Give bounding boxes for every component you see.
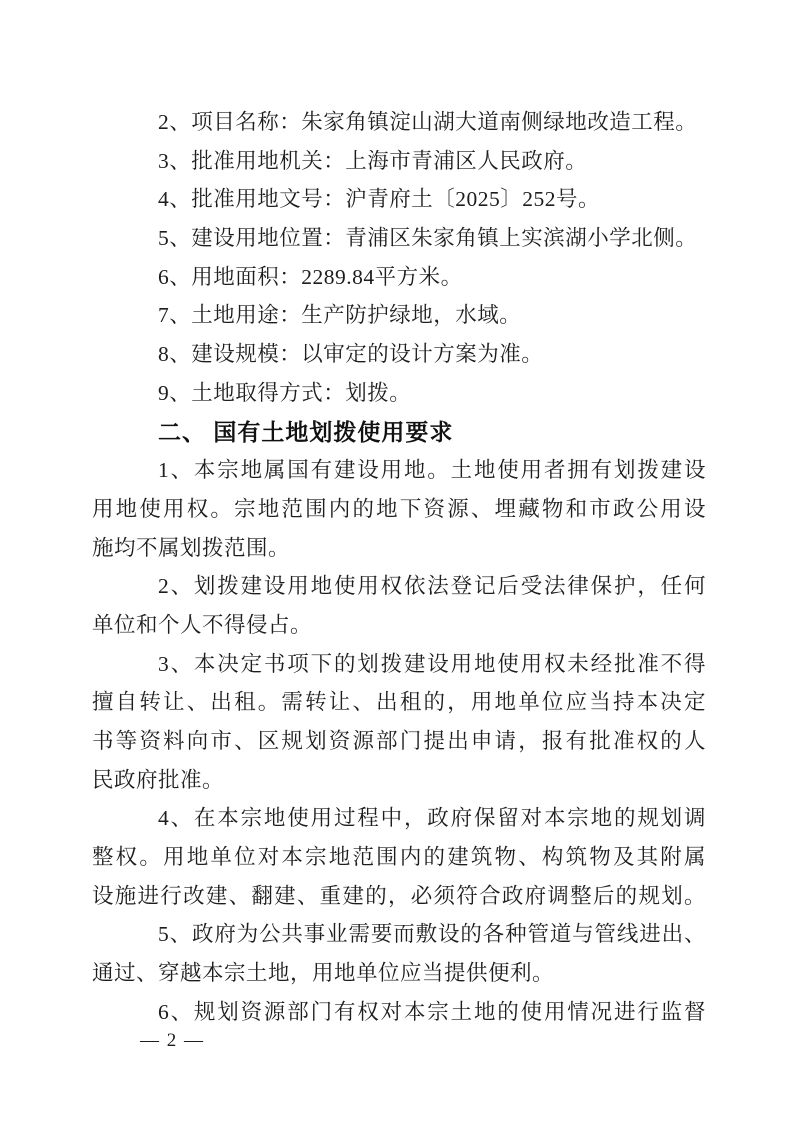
document-page: 2、项目名称：朱家角镇淀山湖大道南侧绿地改造工程。3、批准用地机关：上海市青浦区…	[0, 0, 794, 1123]
doc-line: 5、建设用地位置：青浦区朱家角镇上实滨湖小学北侧。	[92, 219, 706, 258]
doc-line: 8、建设规模：以审定的设计方案为准。	[92, 335, 706, 374]
doc-line: 2、项目名称：朱家角镇淀山湖大道南侧绿地改造工程。	[92, 103, 706, 142]
doc-line: 7、土地用途：生产防护绿地，水域。	[92, 296, 706, 335]
doc-line: 2、划拨建设用地使用权依法登记后受法律保护，任何	[92, 567, 706, 606]
doc-line: 通过、穿越本宗土地，用地单位应当提供便利。	[92, 954, 706, 993]
doc-line: 设施进行改建、翻建、重建的，必须符合政府调整后的规划。	[92, 877, 706, 916]
page-number: — 2 —	[140, 1028, 205, 1054]
doc-line: 民政府批准。	[92, 761, 706, 800]
doc-line: 1、本宗地属国有建设用地。土地使用者拥有划拨建设	[92, 451, 706, 490]
doc-line: 书等资料向市、区规划资源部门提出申请，报有批准权的人	[92, 722, 706, 761]
doc-line: 4、批准用地文号：沪青府土〔2025〕252号。	[92, 180, 706, 219]
doc-line: 3、本决定书项下的划拨建设用地使用权未经批准不得	[92, 645, 706, 684]
doc-line: 4、在本宗地使用过程中，政府保留对本宗地的规划调	[92, 799, 706, 838]
doc-line: 6、用地面积：2289.84平方米。	[92, 258, 706, 297]
doc-line: 用地使用权。宗地范围内的地下资源、埋藏物和市政公用设	[92, 490, 706, 529]
doc-line: 擅自转让、出租。需转让、出租的，用地单位应当持本决定	[92, 683, 706, 722]
section-heading: 二、 国有土地划拨使用要求	[92, 413, 706, 452]
doc-line: 整权。用地单位对本宗地范围内的建筑物、构筑物及其附属	[92, 838, 706, 877]
doc-line: 6、规划资源部门有权对本宗土地的使用情况进行监督	[92, 993, 706, 1032]
doc-line: 5、政府为公共事业需要而敷设的各种管道与管线进出、	[92, 915, 706, 954]
doc-line: 3、批准用地机关：上海市青浦区人民政府。	[92, 142, 706, 181]
doc-line: 单位和个人不得侵占。	[92, 606, 706, 645]
doc-line: 施均不属划拨范围。	[92, 529, 706, 568]
document-body: 2、项目名称：朱家角镇淀山湖大道南侧绿地改造工程。3、批准用地机关：上海市青浦区…	[92, 103, 706, 1032]
doc-line: 9、土地取得方式：划拨。	[92, 374, 706, 413]
